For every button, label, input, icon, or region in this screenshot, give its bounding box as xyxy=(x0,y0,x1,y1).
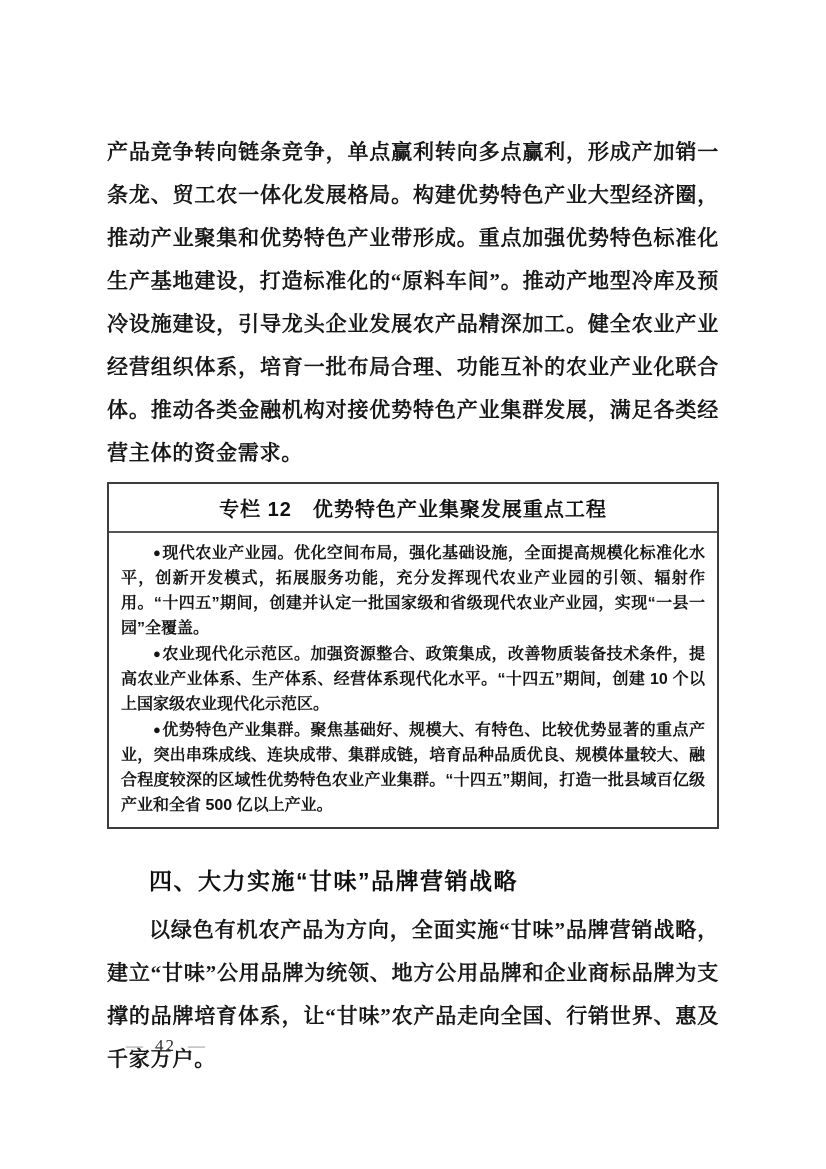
document-page: 产品竞争转向链条竞争，单点赢利转向多点赢利，形成产加销一条龙、贸工农一体化发展格… xyxy=(0,0,826,1169)
section-heading: 四、大力实施“甘味”品牌营销战略 xyxy=(107,863,719,896)
bullet-icon: ● xyxy=(153,646,162,661)
page-number: 42 xyxy=(143,1036,188,1055)
body-paragraph-continuation: 产品竞争转向链条竞争，单点赢利转向多点赢利，形成产加销一条龙、贸工农一体化发展格… xyxy=(107,131,719,475)
bullet-icon: ● xyxy=(153,545,162,560)
callout-box-title: 专栏 12 优势特色产业集聚发展重点工程 xyxy=(109,484,717,533)
callout-box-body: ●现代农业产业园。优化空间布局，强化基础设施，全面提高规模化标准化水平，创新开发… xyxy=(109,533,717,827)
callout-item-industry-cluster: ●优势特色产业集群。聚焦基础好、规模大、有特色、比较优势显著的重点产业，突出串珠… xyxy=(121,717,705,818)
callout-box-column-12: 专栏 12 优势特色产业集聚发展重点工程 ●现代农业产业园。优化空间布局，强化基… xyxy=(107,482,719,829)
page-content: 产品竞争转向链条竞争，单点赢利转向多点赢利，形成产加销一条龙、贸工农一体化发展格… xyxy=(107,0,719,1081)
bullet-icon: ● xyxy=(153,722,162,737)
callout-item-lead: 优势特色产业集群。 xyxy=(162,722,310,739)
footer-dash-left: — xyxy=(126,1036,143,1055)
page-footer: —42— xyxy=(126,1036,205,1056)
callout-item-modern-agriculture-park: ●现代农业产业园。优化空间布局，强化基础设施，全面提高规模化标准化水平，创新开发… xyxy=(121,540,705,641)
callout-item-modernization-demo-zone: ●农业现代化示范区。加强资源整合、政策集成，改善物质装备技术条件，提高农业产业体… xyxy=(121,641,705,717)
callout-item-lead: 农业现代化示范区。 xyxy=(162,646,310,663)
callout-item-lead: 现代农业产业园。 xyxy=(162,545,294,562)
footer-dash-right: — xyxy=(188,1036,205,1055)
